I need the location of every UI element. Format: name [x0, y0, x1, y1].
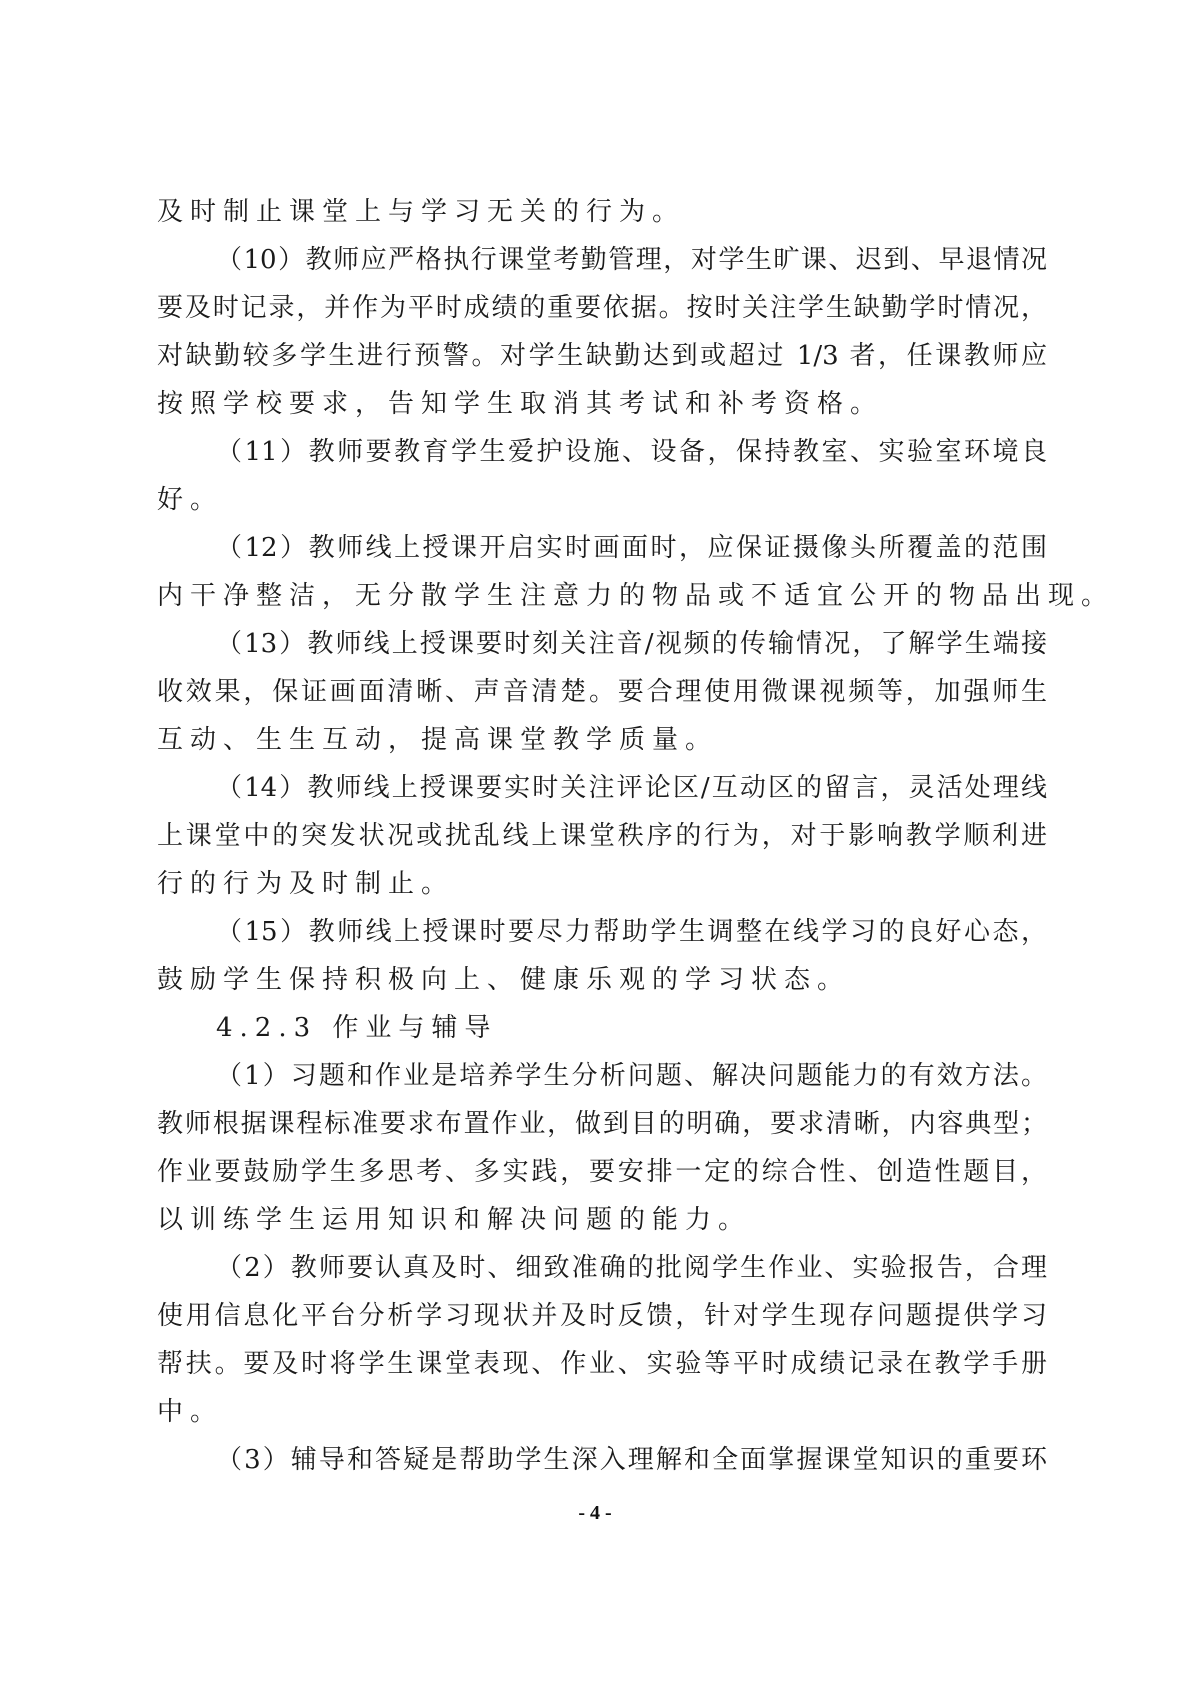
text-line: 以训练学生运用知识和解决问题的能力。 — [157, 1196, 1047, 1244]
text-line: 收效果，保证画面清晰、声音清楚。要合理使用微课视频等，加强师生 — [157, 668, 1047, 716]
text-line: （12）教师线上授课开启实时画面时，应保证摄像头所覆盖的范围 — [216, 524, 1047, 572]
text-line: （15）教师线上授课时要尽力帮助学生调整在线学习的良好心态， — [216, 908, 1047, 956]
text-line: 内干净整洁，无分散学生注意力的物品或不适宜公开的物品出现。 — [157, 572, 1047, 620]
text-line: （2）教师要认真及时、细致准确的批阅学生作业、实验报告，合理 — [216, 1244, 1047, 1292]
text-line: （11）教师要教育学生爱护设施、设备，保持教室、实验室环境良 — [216, 428, 1047, 476]
text-line: 及时制止课堂上与学习无关的行为。 — [157, 188, 1047, 236]
text-line: 要及时记录，并作为平时成绩的重要依据。按时关注学生缺勤学时情况， — [157, 284, 1047, 332]
text-line: 上课堂中的突发状况或扰乱线上课堂秩序的行为，对于影响教学顺利进 — [157, 812, 1047, 860]
text-line: （3）辅导和答疑是帮助学生深入理解和全面掌握课堂知识的重要环 — [216, 1436, 1047, 1484]
text-line: 对缺勤较多学生进行预警。对学生缺勤达到或超过 1/3 者，任课教师应 — [157, 332, 1047, 380]
page-number: - 4 - — [0, 1502, 1190, 1525]
text-line: （1）习题和作业是培养学生分析问题、解决问题能力的有效方法。 — [216, 1052, 1047, 1100]
text-line: 作业要鼓励学生多思考、多实践，要安排一定的综合性、创造性题目， — [157, 1148, 1047, 1196]
text-line: 教师根据课程标准要求布置作业，做到目的明确，要求清晰，内容典型； — [157, 1100, 1047, 1148]
text-line: 使用信息化平台分析学习现状并及时反馈，针对学生现存问题提供学习 — [157, 1292, 1047, 1340]
text-line: 互动、生生互动，提高课堂教学质量。 — [157, 716, 1047, 764]
text-line: （10）教师应严格执行课堂考勤管理，对学生旷课、迟到、早退情况 — [216, 236, 1047, 284]
text-line: 4.2.3 作业与辅导 — [216, 1004, 1047, 1052]
document-page: 及时制止课堂上与学习无关的行为。（10）教师应严格执行课堂考勤管理，对学生旷课、… — [0, 0, 1190, 1684]
text-line: （13）教师线上授课要时刻关注音/视频的传输情况，了解学生端接 — [216, 620, 1047, 668]
text-line: （14）教师线上授课要实时关注评论区/互动区的留言，灵活处理线 — [216, 764, 1047, 812]
text-line: 鼓励学生保持积极向上、健康乐观的学习状态。 — [157, 956, 1047, 1004]
text-line: 好。 — [157, 476, 1047, 524]
text-line: 中。 — [157, 1388, 1047, 1436]
text-line: 行的行为及时制止。 — [157, 860, 1047, 908]
text-line: 按照学校要求，告知学生取消其考试和补考资格。 — [157, 380, 1047, 428]
text-line: 帮扶。要及时将学生课堂表现、作业、实验等平时成绩记录在教学手册 — [157, 1340, 1047, 1388]
